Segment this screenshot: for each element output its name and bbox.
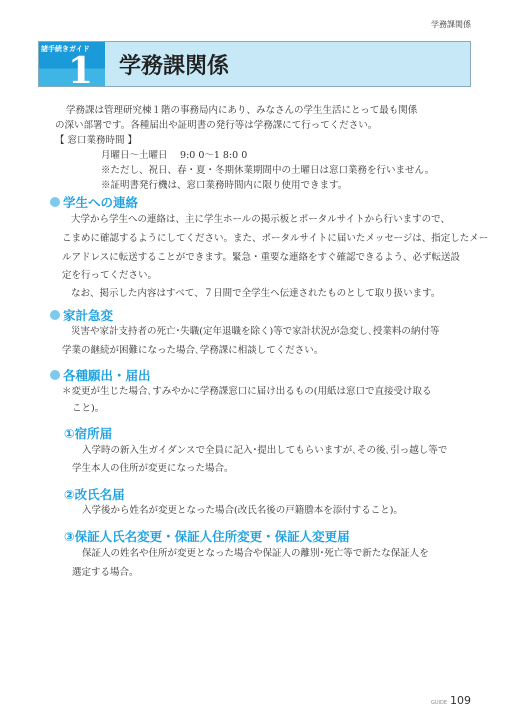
body-line: 学生本人の住所が変更になった場合。 [72,461,234,477]
body-line: 保証人の姓名や住所が変更となった場合や保証人の離別･死亡等で新たな保証人を [82,546,429,562]
hours-text: 月曜日～土曜日 9:0 0～1 8:0 0 [101,148,247,164]
chapter-badge: 諸手続きガイド 1 [39,42,105,86]
section-heading: 各種願出・届出 [50,366,151,384]
page-number: GUIDE109 [431,694,471,707]
hours-heading: 【 窓口業務時間 】 [55,133,137,149]
page-title: 学務課関係 [119,49,229,80]
body-line: 学業の継続が困難になった場合､学務課に相談してください。 [62,343,323,359]
bullet-dot-icon [50,370,60,380]
note: ※証明書発行機は、窓口業務時間内に限り使用できます。 [101,178,347,194]
body-line: 選定する場合。 [72,565,139,581]
body-line: 大学から学生への連絡は、主に学生ホールの掲示板とポータルサイトから行いますので、 [71,212,450,228]
body-line: こと)。 [72,401,104,417]
intro-line: の深い部署です。各種届出や証明書の発行等は学務課にて行ってください。 [55,118,377,134]
body-line: こまめに確認するようにしてください。また、ポータルサイトに届いたメッセージは、指… [62,231,488,247]
running-header: 学務課関係 [431,19,471,30]
body-line: ルアドレスに転送することができます。緊急・重要な連絡をすぐ確認できるよう、必ず転… [62,250,460,266]
title-bar: 学務課関係 [105,42,470,86]
body-line: 災害や家計支持者の死亡･失職(定年退職を除く)等で家計状況が急変し､授業料の納付… [71,324,439,340]
chapter-number: 1 [68,53,93,89]
body-line: 入学時の新入生ガイダンスで全員に記入･提出してもらいますが､その後､引っ越し等で [82,443,447,459]
note: ※ただし、祝日、春・夏・冬期休業期間中の土曜日は窓口業務を行いません。 [101,163,434,179]
section-heading: 家計急変 [50,306,113,324]
subsection-heading: ③保証人氏名変更・保証人住所変更・保証人変更届 [64,527,350,545]
subsection-heading: ②改氏名届 [64,485,125,503]
body-line: 入学後から姓名が変更となった場合(改氏名後の戸籍謄本を添付すること)。 [82,503,403,519]
bullet-dot-icon [50,197,60,207]
body-line: ＊変更が生じた場合､すみやかに学務課窓口に届け出るもの(用紙は窓口で直接受け取る [62,384,431,400]
body-line: なお、掲示した内容はすべて、７日間で全学生へ伝達されたものとして取り扱います。 [71,286,440,302]
body-line: 定を行ってください。 [62,268,157,284]
bullet-dot-icon [50,310,60,320]
intro-line: 学務課は管理研究棟１階の事務局内にあり、みなさんの学生生活にとって最も関係 [66,103,417,119]
subsection-heading: ①宿所届 [64,424,112,442]
section-heading: 学生への連絡 [50,193,138,211]
chapter-header: 諸手続きガイド 1 学務課関係 [38,41,471,87]
